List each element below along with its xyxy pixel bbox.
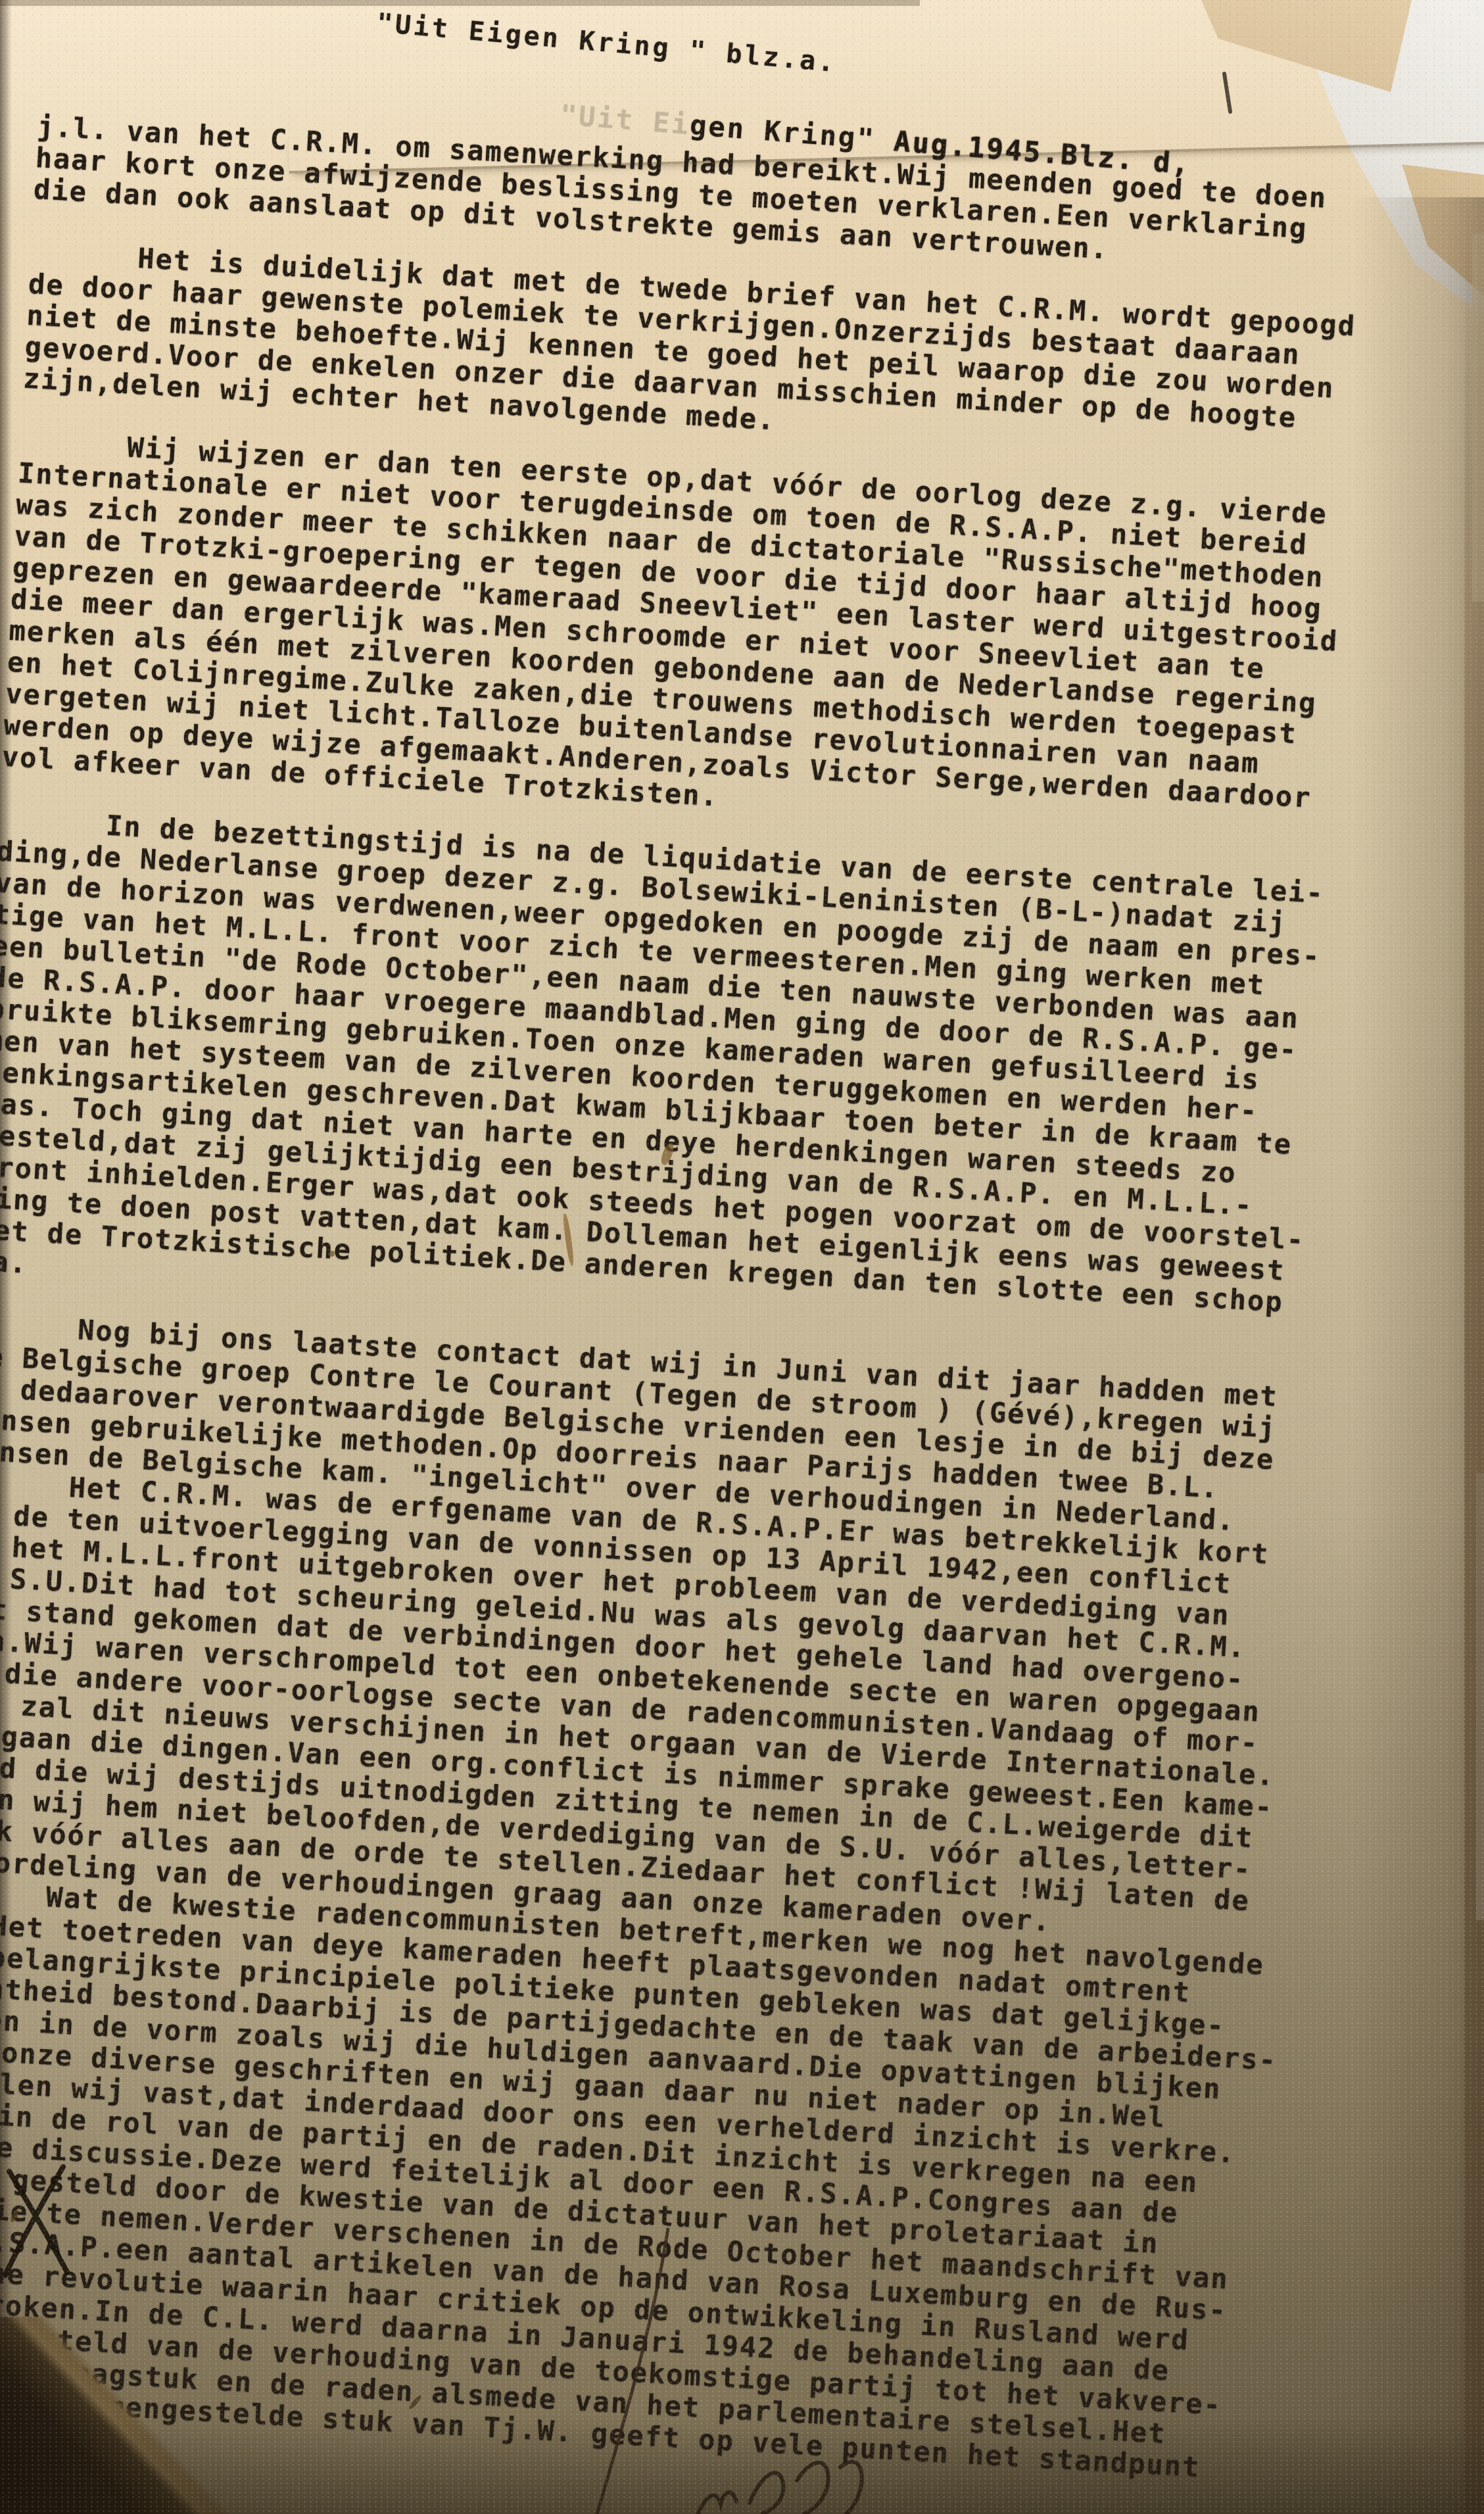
small-pen-dash: [1224, 74, 1230, 112]
handwritten-marks-overlay: [0, 0, 1484, 2514]
bottom-shadow: [0, 2415, 1484, 2514]
scanned-document-photo: "Uit Eigen Kring " blz.a. "Uit Eigen Kri…: [0, 0, 1484, 2514]
margin-x-mark: [5, 2167, 67, 2275]
